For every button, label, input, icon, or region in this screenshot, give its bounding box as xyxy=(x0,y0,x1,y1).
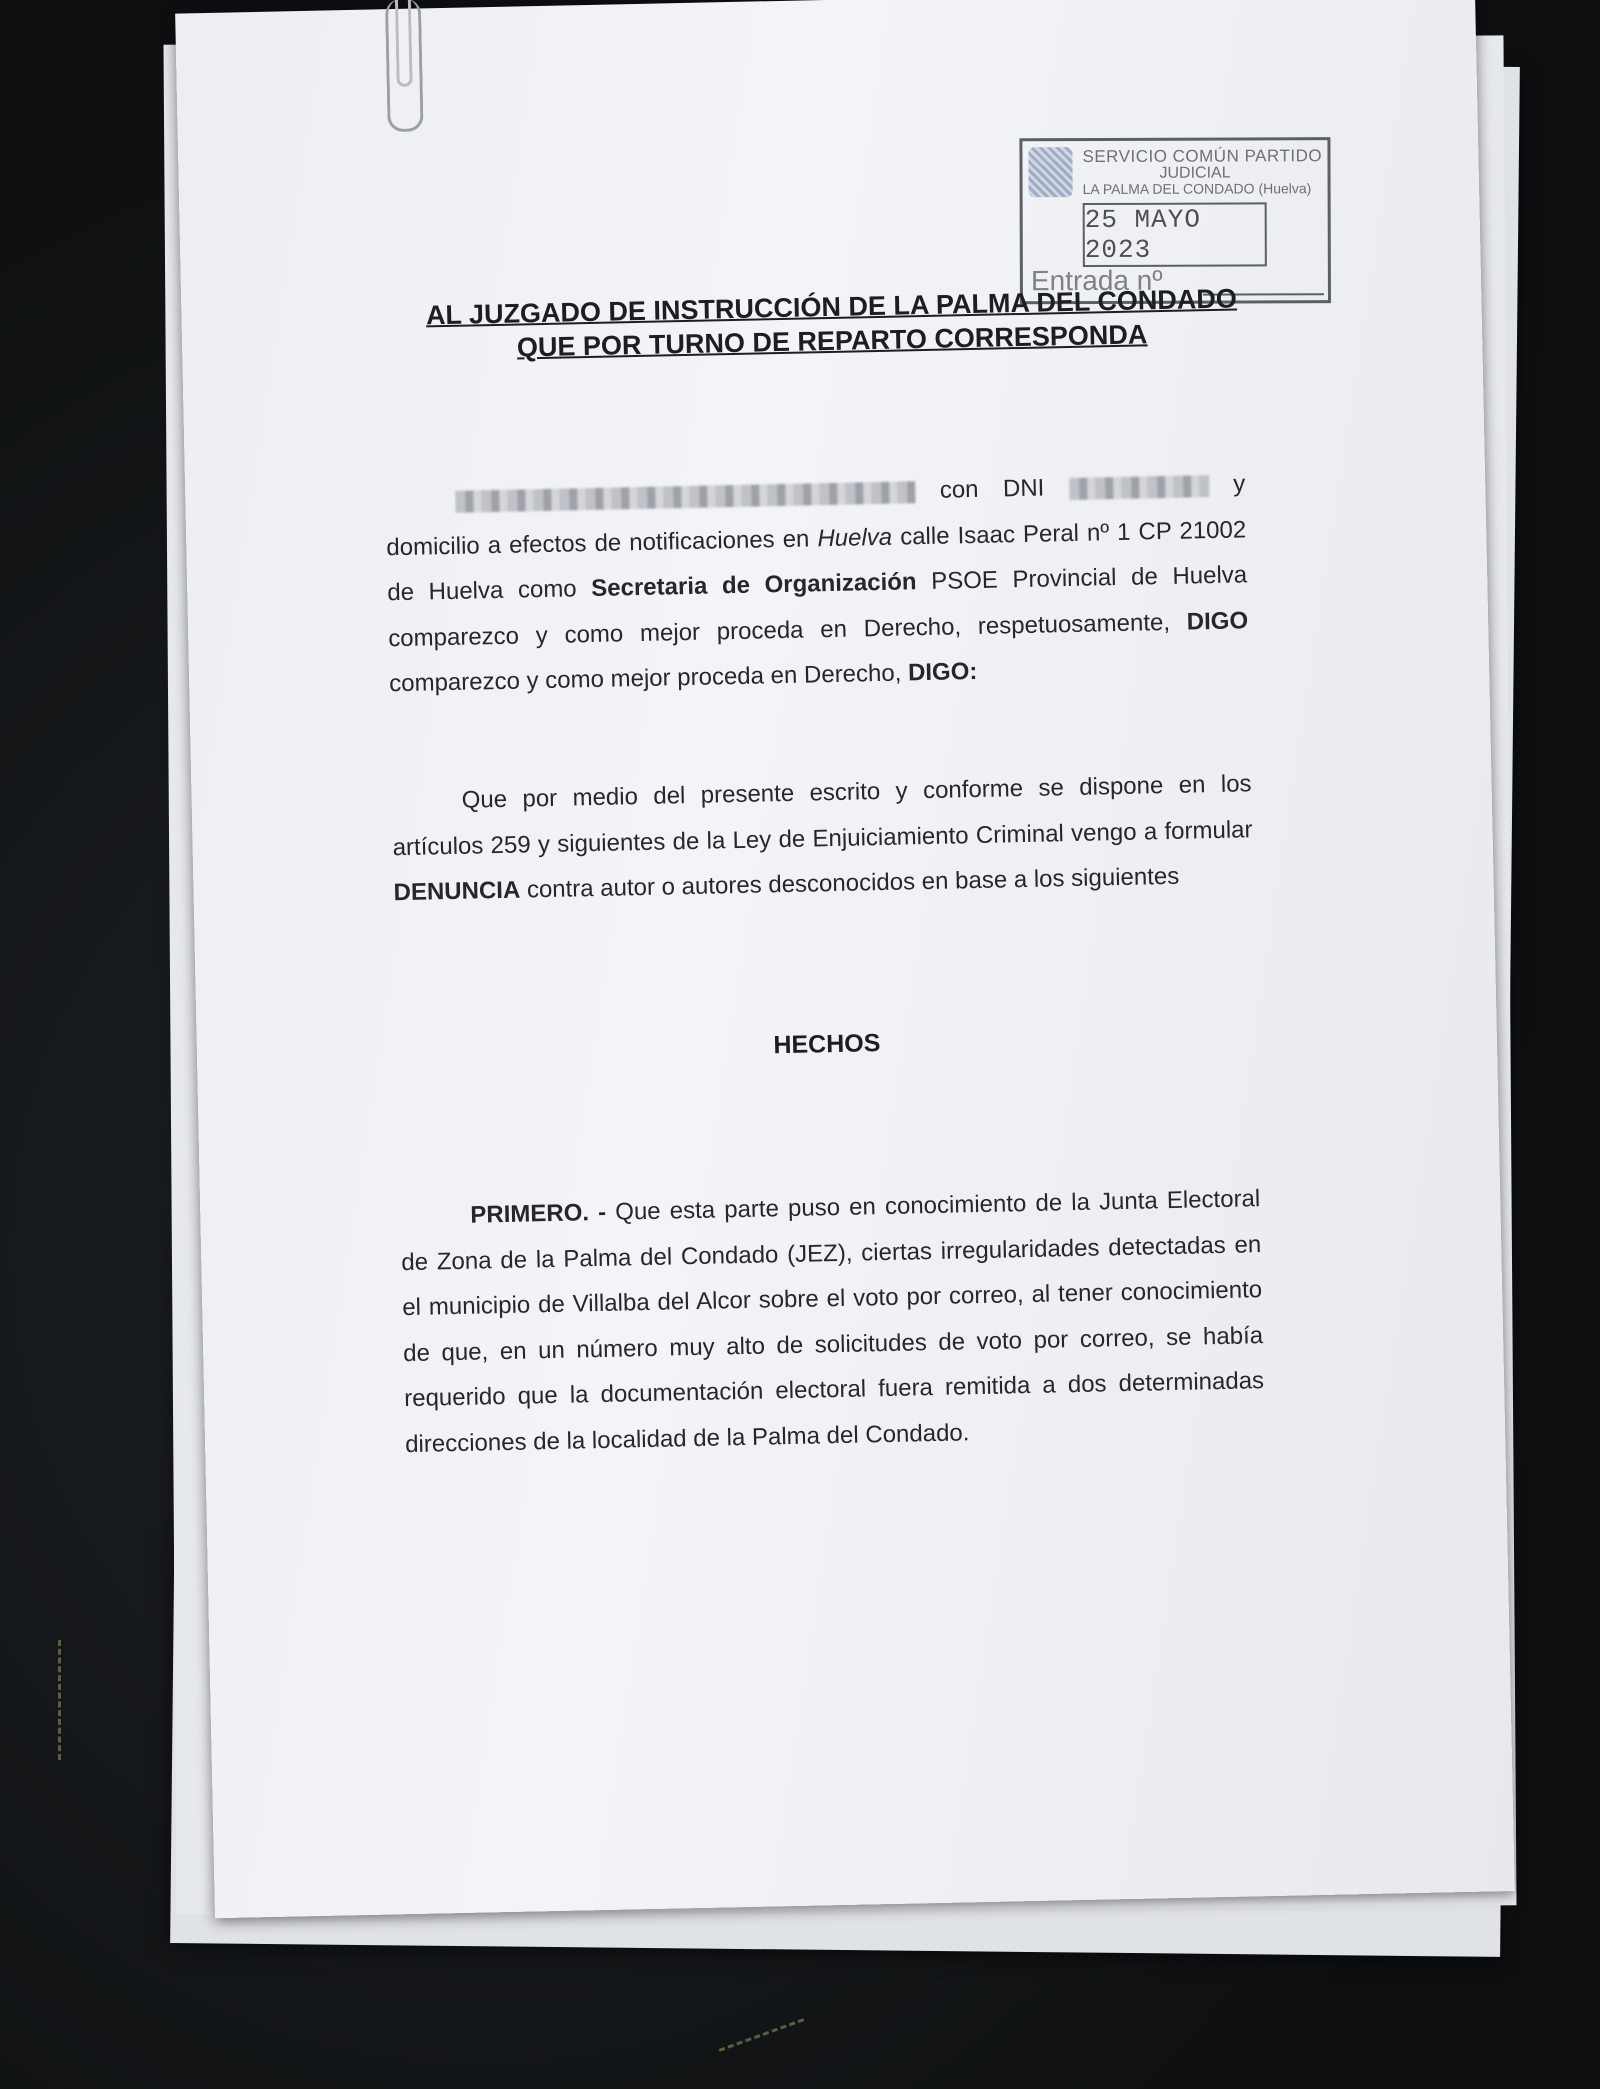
document-page: SERVICIO COMÚN PARTIDO JUDICIAL LA PALMA… xyxy=(175,0,1515,1918)
seat-stitching xyxy=(719,2018,805,2052)
intro-paragraph: con DNI y domicilio a efectos de notific… xyxy=(385,461,1250,706)
paperclip-icon xyxy=(385,0,424,132)
document-heading: AL JUZGADO DE INSTRUCCIÓN DE LA PALMA DE… xyxy=(391,281,1272,367)
primero-paragraph: PRIMERO. - Que esta parte puso en conoci… xyxy=(400,1176,1266,1467)
redacted-dni xyxy=(1069,475,1209,500)
stamp-date: 25 MAYO 2023 xyxy=(1083,202,1267,267)
denuncia-paragraph: Que por medio del presente escrito y con… xyxy=(391,761,1254,915)
seat-stitching xyxy=(58,1640,61,1760)
stamp-line-3: LA PALMA DEL CONDADO (Huelva) xyxy=(1083,180,1312,197)
redacted-name xyxy=(455,481,915,513)
court-entry-stamp: SERVICIO COMÚN PARTIDO JUDICIAL LA PALMA… xyxy=(1019,137,1331,304)
section-title-hechos: HECHOS xyxy=(397,1021,1257,1068)
